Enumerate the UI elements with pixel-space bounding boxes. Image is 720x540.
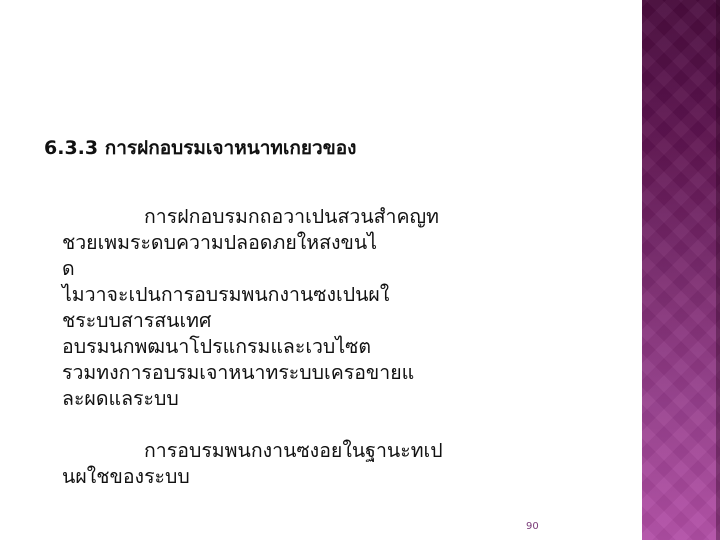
slide-title: 6.3.3 การฝกอบรมเจาหนาทเกยวของ [44, 133, 356, 163]
text-line: ชวยเพมระดบความปลอดภยใหสงขนไ [62, 230, 482, 256]
paragraph-1: การฝกอบรมกถอวาเปนสวนสำคญท [62, 204, 482, 230]
text-line: ละผดแลระบบ [62, 386, 482, 412]
slide-body: การฝกอบรมกถอวาเปนสวนสำคญท ชวยเพมระดบความ… [62, 204, 482, 490]
text-line: รวมทงการอบรมเจาหนาทระบบเครอขายแ [62, 360, 482, 386]
text-line: การอบรมพนกงานซงอยในฐานะทเป [62, 438, 482, 464]
paragraph-gap [62, 412, 482, 438]
text-line: ไมวาจะเปนการอบรมพนกงานซงเปนผใ [62, 282, 482, 308]
page-number: 90 [526, 521, 539, 532]
slide: 6.3.3 การฝกอบรมเจาหนาทเกยวของ การฝกอบรมก… [0, 0, 642, 540]
paragraph-1-cont: ชวยเพมระดบความปลอดภยใหสงขนไ ด ไมวาจะเปนก… [62, 230, 482, 412]
paragraph-2-cont: นผใชของระบบ [62, 464, 482, 490]
text-line: ด [62, 256, 482, 282]
text-line: นผใชของระบบ [62, 464, 482, 490]
text-line: อบรมนกพฒนาโปรแกรมและเวบไซต [62, 334, 482, 360]
decorative-side-band [642, 0, 720, 540]
text-line: การฝกอบรมกถอวาเปนสวนสำคญท [62, 204, 482, 230]
paragraph-2: การอบรมพนกงานซงอยในฐานะทเป [62, 438, 482, 464]
text-line: ชระบบสารสนเทศ [62, 308, 482, 334]
